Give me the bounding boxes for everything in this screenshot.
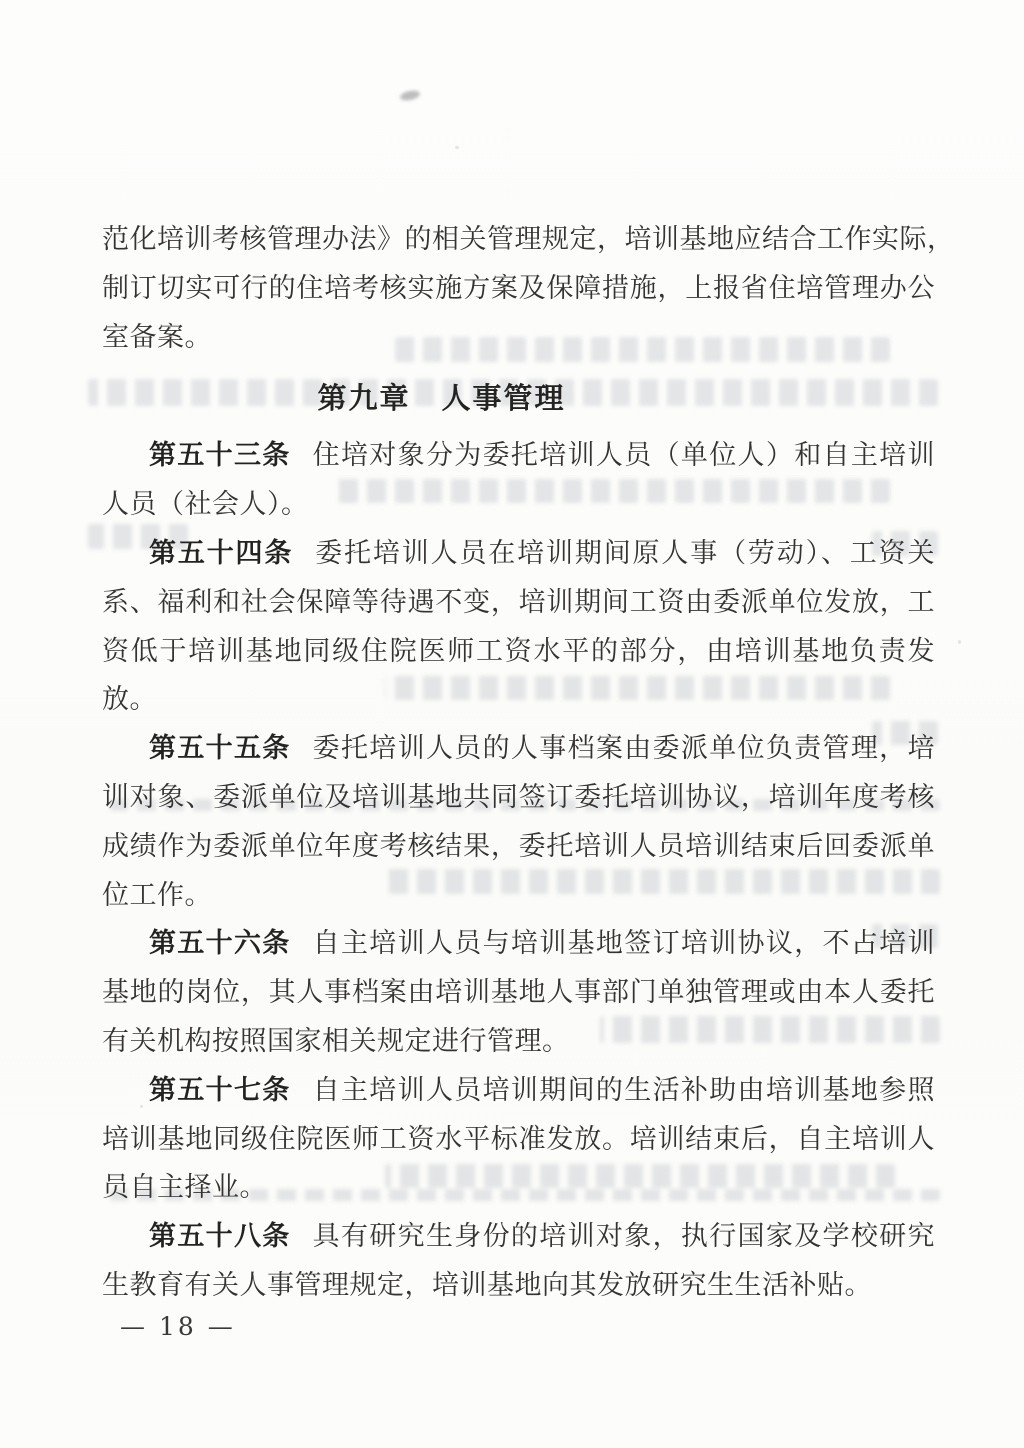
body-line: 培训基地同级住院医师工资水平标准发放。培训结束后，自主培训人: [102, 1116, 935, 1165]
article-first-line: 第五十三条住培对象分为委托培训人员（单位人）和自主培训: [102, 432, 935, 481]
text-column: 范化培训考核管理办法》的相关管理规定，培训基地应结合工作实际，制订切实可行的住培…: [102, 216, 935, 1311]
article-paragraph: 第五十四条委托培训人员在培训期间原人事（劳动）、工资关系、福利和社会保障等待遇不…: [102, 530, 935, 725]
body-line: 位工作。: [102, 872, 935, 921]
article-text: 自主培训人员培训期间的生活补助由培训基地参照: [313, 1075, 935, 1106]
article-paragraph: 第五十五条委托培训人员的人事档案由委派单位负责管理，培训对象、委派单位及培训基地…: [102, 725, 935, 920]
body-line: 成绩作为委派单位年度考核结果，委托培训人员培训结束后回委派单: [102, 823, 935, 872]
body-line: 生教育有关人事管理规定，培训基地向其发放研究生生活补贴。: [102, 1262, 935, 1311]
body-line: 有关机构按照国家相关规定进行管理。: [102, 1018, 935, 1067]
article-paragraph: 第五十七条自主培训人员培训期间的生活补助由培训基地参照培训基地同级住院医师工资水…: [102, 1067, 935, 1213]
body-line: 室备案。: [102, 314, 935, 363]
body-line: 范化培训考核管理办法》的相关管理规定，培训基地应结合工作实际，: [102, 216, 935, 265]
chapter-heading: 第九章 人事管理: [25, 376, 858, 432]
article-first-line: 第五十八条具有研究生身份的培训对象，执行国家及学校研究: [102, 1213, 935, 1262]
article-text: 住培对象分为委托培训人员（单位人）和自主培训: [313, 440, 935, 471]
article-paragraph: 第五十三条住培对象分为委托培训人员（单位人）和自主培训人员（社会人）。: [102, 432, 935, 530]
article-text: 委托培训人员的人事档案由委派单位负责管理，培: [313, 733, 935, 764]
article-number: 第五十五条: [149, 733, 291, 764]
articles: 第五十三条住培对象分为委托培训人员（单位人）和自主培训人员（社会人）。第五十四条…: [102, 432, 935, 1310]
body-line: 制订切实可行的住培考核实施方案及保障措施，上报省住培管理办公: [102, 265, 935, 314]
continuation-paragraph: 范化培训考核管理办法》的相关管理规定，培训基地应结合工作实际，制订切实可行的住培…: [102, 216, 935, 362]
scan-speck: [958, 640, 961, 644]
article-number: 第五十八条: [149, 1221, 291, 1252]
body-line: 训对象、委派单位及培训基地共同签订委托培训协议，培训年度考核: [102, 774, 935, 823]
body-line: 员自主择业。: [102, 1164, 935, 1213]
body-line: 放。: [102, 676, 935, 725]
article-paragraph: 第五十六条自主培训人员与培训基地签订培训协议，不占培训基地的岗位，其人事档案由培…: [102, 920, 935, 1066]
body-line: 系、福利和社会保障等待遇不变，培训期间工资由委派单位发放，工: [102, 579, 935, 628]
article-paragraph: 第五十八条具有研究生身份的培训对象，执行国家及学校研究生教育有关人事管理规定，培…: [102, 1213, 935, 1311]
article-first-line: 第五十五条委托培训人员的人事档案由委派单位负责管理，培: [102, 725, 935, 774]
scan-speck: [455, 146, 459, 149]
article-text: 委托培训人员在培训期间原人事（劳动）、工资关: [315, 538, 935, 569]
body-line: 基地的岗位，其人事档案由培训基地人事部门单独管理或由本人委托: [102, 969, 935, 1018]
article-number: 第五十六条: [149, 928, 291, 959]
body-line: 人员（社会人）。: [102, 481, 935, 530]
article-number: 第五十四条: [149, 538, 293, 569]
scan-smudge: [399, 89, 420, 102]
page-number: — 18 —: [120, 1312, 236, 1341]
article-number: 第五十三条: [149, 440, 291, 471]
article-first-line: 第五十六条自主培训人员与培训基地签订培训协议，不占培训: [102, 920, 935, 969]
article-first-line: 第五十四条委托培训人员在培训期间原人事（劳动）、工资关: [102, 530, 935, 579]
body-line: 资低于培训基地同级住院医师工资水平的部分，由培训基地负责发: [102, 628, 935, 677]
article-text: 自主培训人员与培训基地签订培训协议，不占培训: [313, 928, 935, 959]
article-text: 具有研究生身份的培训对象，执行国家及学校研究: [313, 1221, 935, 1252]
article-number: 第五十七条: [149, 1075, 291, 1106]
document-page: 范化培训考核管理办法》的相关管理规定，培训基地应结合工作实际，制订切实可行的住培…: [0, 0, 1024, 1448]
article-first-line: 第五十七条自主培训人员培训期间的生活补助由培训基地参照: [102, 1067, 935, 1116]
